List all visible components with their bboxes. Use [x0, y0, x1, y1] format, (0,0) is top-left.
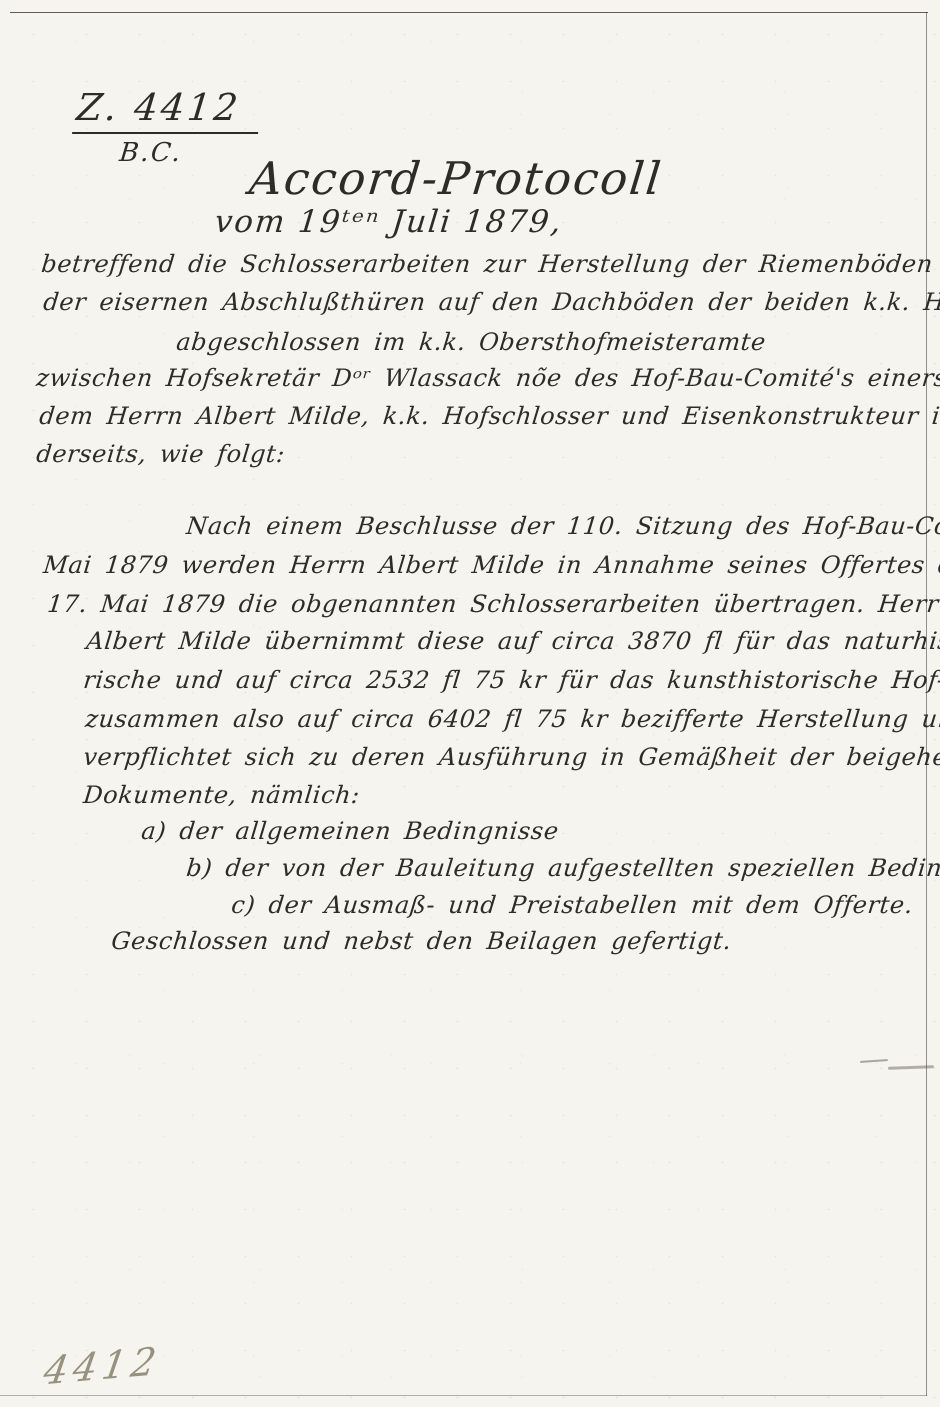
manuscript-line: zusammen also auf circa 6402 fl 75 kr be… — [84, 705, 940, 733]
manuscript-line: derseits, wie folgt: — [35, 440, 287, 468]
scan-smudge-mark — [888, 1065, 934, 1070]
manuscript-line: der eisernen Abschlußthüren auf den Dach… — [42, 288, 940, 316]
registry-code: B.C. — [118, 138, 184, 168]
manuscript-line: Geschlossen und nebst den Beilagen gefer… — [110, 927, 733, 955]
document-title: Accord-Protocoll — [247, 152, 665, 205]
scan-edge-bottom-line — [0, 1395, 927, 1396]
scan-edge-top-line — [10, 12, 928, 13]
document-date-line: vom 19ᵗᵉⁿ Juli 1879, — [213, 204, 565, 240]
manuscript-line: abgeschlossen im k.k. Obersthofmeisteram… — [175, 328, 767, 356]
pencil-folio-number: 4412 — [41, 1339, 164, 1394]
manuscript-line: betreffend die Schlosserarbeiten zur Her… — [40, 250, 940, 278]
manuscript-line: zwischen Hofsekretär Dᵒʳ Wlassack nõe de… — [35, 364, 940, 392]
scan-edge-right-line — [926, 12, 927, 1396]
manuscript-line: rische und auf circa 2532 fl 75 kr für d… — [82, 666, 940, 694]
manuscript-line: c) der Ausmaß- und Preistabellen mit dem… — [230, 891, 915, 919]
manuscript-line: 17. Mai 1879 die obgenannten Schlosserar… — [46, 590, 940, 618]
manuscript-line: Mai 1879 werden Herrn Albert Milde in An… — [42, 551, 940, 579]
manuscript-line: Dokumente, nämlich: — [82, 781, 361, 809]
scan-smudge-mark — [860, 1059, 888, 1063]
manuscript-line: dem Herrn Albert Milde, k.k. Hofschlosse… — [38, 402, 940, 430]
manuscript-line: Albert Milde übernimmt diese auf circa 3… — [85, 627, 940, 655]
manuscript-line: a) der allgemeinen Bedingnisse — [140, 817, 560, 845]
reference-number: Z. 4412 — [72, 86, 263, 134]
manuscript-line: Nach einem Beschlusse der 110. Sitzung d… — [185, 512, 940, 540]
manuscript-page: Z. 4412 B.C. Accord-Protocoll vom 19ᵗᵉⁿ … — [0, 0, 940, 1407]
manuscript-line: verpflichtet sich zu deren Ausführung in… — [82, 743, 940, 771]
manuscript-line: b) der von der Bauleitung aufgestellten … — [185, 854, 940, 882]
